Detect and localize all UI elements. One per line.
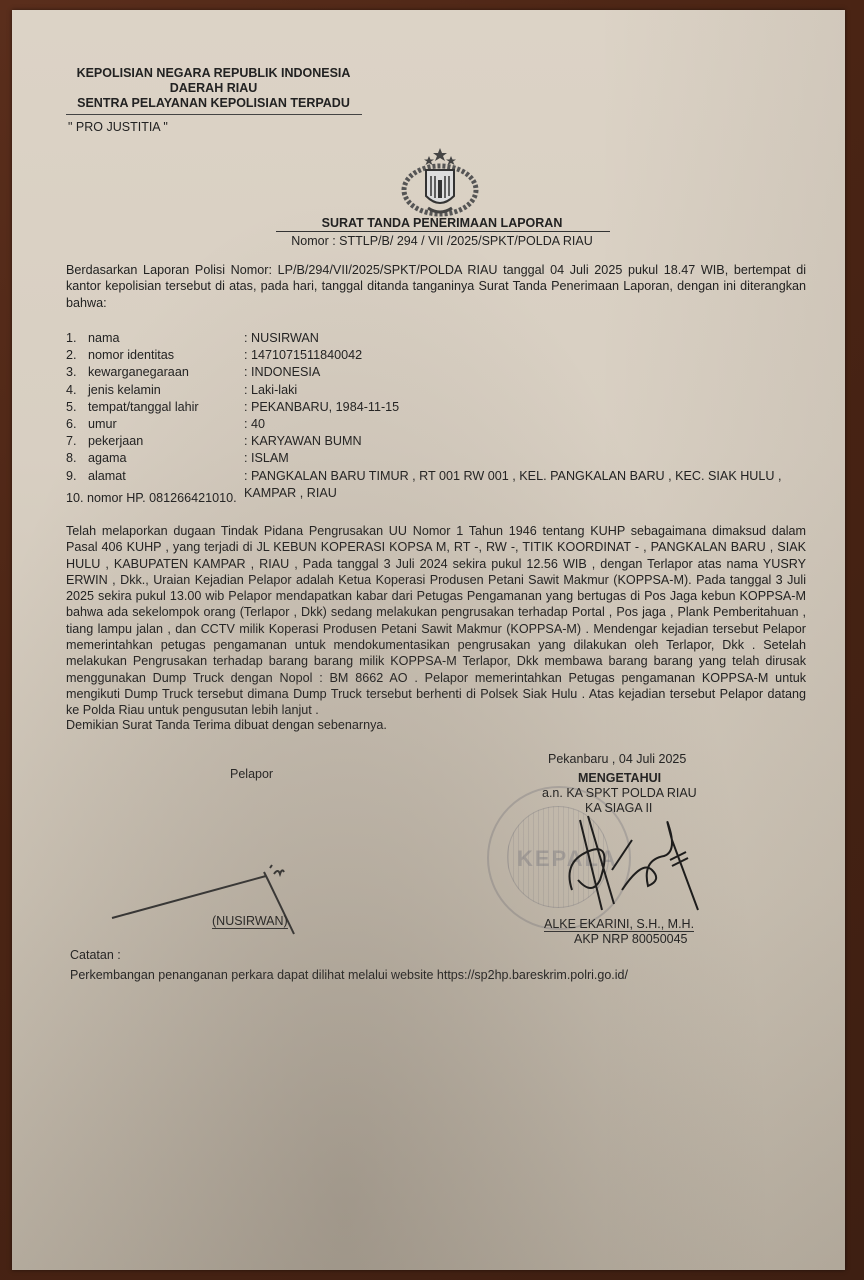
intro-paragraph: Berdasarkan Laporan Polisi Nomor: LP/B/2…	[66, 262, 806, 311]
identity-row: 1.nama: NUSIRWAN	[66, 330, 826, 347]
note-label: Catatan :	[70, 948, 121, 962]
identity-value: : Laki-laki	[242, 382, 826, 399]
identity-no: 1.	[66, 330, 88, 347]
identity-label: nama	[88, 330, 242, 347]
identity-no: 3.	[66, 364, 88, 381]
identity-no: 2.	[66, 347, 88, 364]
identity-value: : ISLAM	[242, 450, 826, 467]
officer-signature	[552, 800, 702, 920]
identity-value: : PEKANBARU, 1984-11-15	[242, 399, 826, 416]
identity-value: : 40	[242, 416, 826, 433]
identity-no: 4.	[66, 382, 88, 399]
acknowledged-label: MENGETAHUI	[578, 771, 661, 785]
identity-list: 1.nama: NUSIRWAN2.nomor identitas: 14710…	[66, 330, 826, 502]
identity-label: nomor identitas	[88, 347, 242, 364]
identity-value: : KARYAWAN BUMN	[242, 433, 826, 450]
identity-label: agama	[88, 450, 242, 467]
document-title: SURAT TANDA PENERIMAAN LAPORAN	[262, 216, 622, 230]
identity-row: 2.nomor identitas: 1471071511840042	[66, 347, 826, 364]
on-behalf-of: a.n. KA SPKT POLDA RIAU	[542, 786, 697, 800]
header-line-2: DAERAH RIAU	[66, 81, 361, 96]
title-underline	[276, 231, 610, 232]
identity-value: : 1471071511840042	[242, 347, 826, 364]
identity-no: 7.	[66, 433, 88, 450]
identity-row: 4.jenis kelamin: Laki-laki	[66, 382, 826, 399]
identity-value: : INDONESIA	[242, 364, 826, 381]
pro-justitia: " PRO JUSTITIA "	[68, 120, 168, 134]
closing-statement: Demikian Surat Tanda Terima dibuat denga…	[66, 717, 806, 733]
report-receipt-document: KEPOLISIAN NEGARA REPUBLIK INDONESIA DAE…	[12, 10, 845, 1270]
header-line-1: KEPOLISIAN NEGARA REPUBLIK INDONESIA	[66, 66, 361, 81]
identity-no: 5.	[66, 399, 88, 416]
officer-rank-nrp: AKP NRP 80050045	[574, 932, 688, 946]
police-emblem-icon	[398, 146, 482, 220]
identity-label: pekerjaan	[88, 433, 242, 450]
identity-label: umur	[88, 416, 242, 433]
institution-header: KEPOLISIAN NEGARA REPUBLIK INDONESIA DAE…	[66, 66, 361, 111]
header-divider	[66, 114, 362, 115]
identity-no: 6.	[66, 416, 88, 433]
identity-row: 3.kewarganegaraan: INDONESIA	[66, 364, 826, 381]
reporter-label: Pelapor	[230, 767, 273, 781]
identity-value: : NUSIRWAN	[242, 330, 826, 347]
phone-number: 10. nomor HP. 081266421010.	[66, 490, 366, 506]
identity-label: kewarganegaraan	[88, 364, 242, 381]
reporter-name: (NUSIRWAN)	[212, 914, 288, 929]
identity-row: 7.pekerjaan: KARYAWAN BUMN	[66, 433, 826, 450]
identity-label: jenis kelamin	[88, 382, 242, 399]
identity-row: 5.tempat/tanggal lahir: PEKANBARU, 1984-…	[66, 399, 826, 416]
note-text: Perkembangan penanganan perkara dapat di…	[70, 968, 628, 982]
identity-label: tempat/tanggal lahir	[88, 399, 242, 416]
header-line-3: SENTRA PELAYANAN KEPOLISIAN TERPADU	[66, 96, 361, 111]
report-body: Telah melaporkan dugaan Tindak Pidana Pe…	[66, 523, 806, 719]
document-number: Nomor : STTLP/B/ 294 / VII /2025/SPKT/PO…	[262, 234, 622, 248]
place-date: Pekanbaru , 04 Juli 2025	[548, 752, 686, 766]
identity-row: 6.umur: 40	[66, 416, 826, 433]
identity-row: 8.agama: ISLAM	[66, 450, 826, 467]
officer-name: ALKE EKARINI, S.H., M.H.	[544, 917, 694, 932]
identity-no: 8.	[66, 450, 88, 467]
